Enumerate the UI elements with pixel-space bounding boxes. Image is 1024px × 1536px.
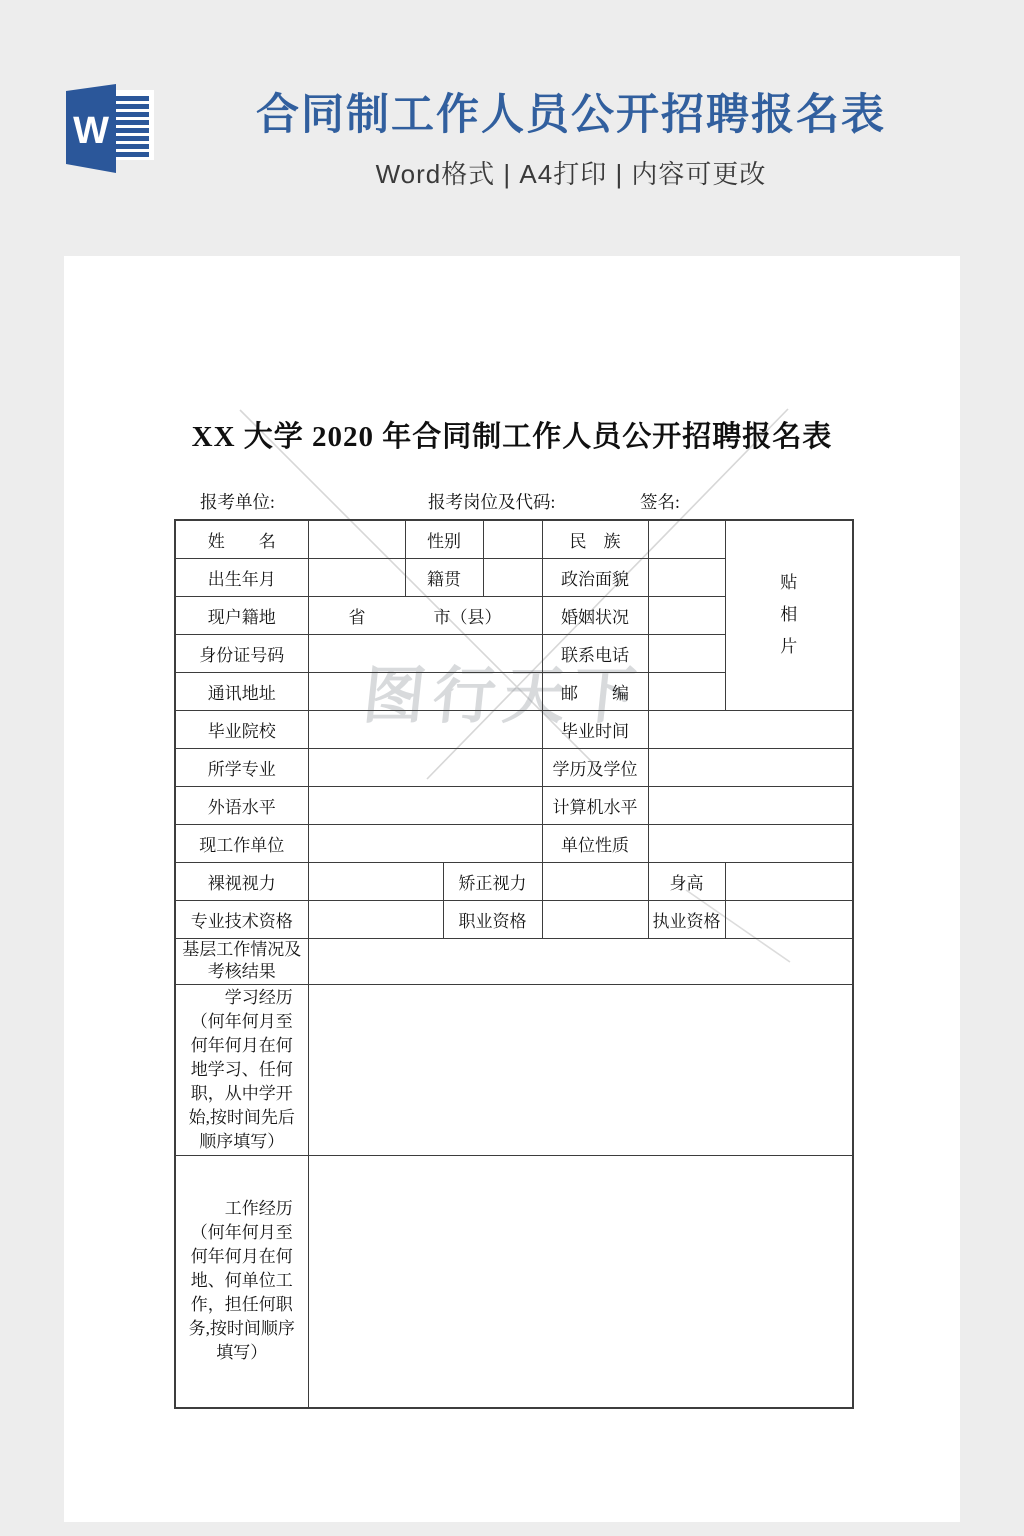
input-cell-grassroots-work[interactable] — [308, 938, 853, 984]
input-cell-postal-code[interactable] — [648, 672, 725, 710]
label-postal-code: 邮 编 — [542, 672, 648, 710]
photo-cell: 贴 相 片 — [725, 520, 853, 710]
label-native-place: 籍贯 — [405, 558, 483, 596]
label-vocational-qualification: 职业资格 — [443, 900, 542, 938]
table-row: 学习经历 （何年何月至 何年何月在何 地学习、任何 职，从中学开 始,按时间先后… — [175, 984, 853, 1155]
input-cell-professional-qualification[interactable] — [308, 900, 443, 938]
label-graduate-school: 毕业院校 — [175, 710, 308, 748]
input-cell-corrected-vision[interactable] — [542, 862, 648, 900]
label-major: 所学专业 — [175, 748, 308, 786]
page-subtitle: Word格式 | A4打印 | 内容可更改 — [118, 154, 1024, 191]
table-row: 基层工作情况及 考核结果 — [175, 938, 853, 984]
meta-row: 报考单位: 报考岗位及代码: 签名: — [64, 489, 960, 515]
input-cell-vocational-qualification[interactable] — [542, 900, 648, 938]
label-graduation-time: 毕业时间 — [542, 710, 648, 748]
label-signature: 签名: — [640, 489, 680, 514]
label-apply-position: 报考岗位及代码: — [428, 489, 555, 514]
label-employer-type: 单位性质 — [542, 824, 648, 862]
label-corrected-vision: 矫正视力 — [443, 862, 542, 900]
document-page: 图行天下 XX 大学 2020 年合同制工作人员公开招聘报名表 报考单位: 报考… — [64, 256, 960, 1522]
input-cell-major[interactable] — [308, 748, 542, 786]
input-cell-marital-status[interactable] — [648, 596, 725, 634]
label-household-location: 现户籍地 — [175, 596, 308, 634]
table-row: 专业技术资格 职业资格 执业资格 — [175, 900, 853, 938]
label-mailing-address: 通讯地址 — [175, 672, 308, 710]
input-cell-birth-date[interactable] — [308, 558, 405, 596]
input-cell-household-location[interactable]: 省 市（县） — [308, 596, 542, 634]
label-apply-unit: 报考单位: — [200, 489, 275, 514]
input-cell-mailing-address[interactable] — [308, 672, 542, 710]
label-contact-phone: 联系电话 — [542, 634, 648, 672]
header-text: 合同制工作人员公开招聘报名表 Word格式 | A4打印 | 内容可更改 — [0, 92, 1024, 191]
table-row: 工作经历 （何年何月至 何年何月在何 地、何单位工 作，担任何职 务,按时间顺序… — [175, 1155, 853, 1408]
label-political-status: 政治面貌 — [542, 558, 648, 596]
input-cell-contact-phone[interactable] — [648, 634, 725, 672]
label-practice-qualification: 执业资格 — [648, 900, 725, 938]
table-row: 所学专业 学历及学位 — [175, 748, 853, 786]
input-cell-name[interactable] — [308, 520, 405, 558]
input-cell-practice-qualification[interactable] — [725, 900, 853, 938]
input-cell-computer-skill[interactable] — [648, 786, 853, 824]
table-row: 外语水平 计算机水平 — [175, 786, 853, 824]
input-cell-education-history[interactable] — [308, 984, 853, 1155]
label-work-history: 工作经历 （何年何月至 何年何月在何 地、何单位工 作，担任何职 务,按时间顺序… — [175, 1155, 308, 1408]
label-name: 姓 名 — [175, 520, 308, 558]
label-grassroots-work: 基层工作情况及 考核结果 — [175, 938, 308, 984]
input-cell-foreign-language[interactable] — [308, 786, 542, 824]
label-professional-qualification: 专业技术资格 — [175, 900, 308, 938]
site-header: W 合同制工作人员公开招聘报名表 Word格式 | A4打印 | 内容可更改 — [0, 0, 1024, 256]
label-computer-skill: 计算机水平 — [542, 786, 648, 824]
table-row: 裸视视力 矫正视力 身高 — [175, 862, 853, 900]
input-cell-ethnicity[interactable] — [648, 520, 725, 558]
input-cell-employer-type[interactable] — [648, 824, 853, 862]
input-cell-gender[interactable] — [483, 520, 542, 558]
input-cell-id-number[interactable] — [308, 634, 542, 672]
input-cell-work-history[interactable] — [308, 1155, 853, 1408]
label-marital-status: 婚姻状况 — [542, 596, 648, 634]
input-cell-uncorrected-vision[interactable] — [308, 862, 443, 900]
input-cell-native-place[interactable] — [483, 558, 542, 596]
label-id-number: 身份证号码 — [175, 634, 308, 672]
input-cell-current-employer[interactable] — [308, 824, 542, 862]
document-title: XX 大学 2020 年合同制工作人员公开招聘报名表 — [64, 414, 960, 455]
label-foreign-language: 外语水平 — [175, 786, 308, 824]
input-cell-graduation-time[interactable] — [648, 710, 853, 748]
table-row: 现工作单位 单位性质 — [175, 824, 853, 862]
application-form-table: 姓 名 性别 民 族 贴 相 片 出生年月 籍贯 政治面貌 — [174, 519, 854, 1409]
input-cell-degree[interactable] — [648, 748, 853, 786]
page-title: 合同制工作人员公开招聘报名表 — [118, 92, 1024, 139]
input-cell-height[interactable] — [725, 862, 853, 900]
table-row: 毕业院校 毕业时间 — [175, 710, 853, 748]
label-height: 身高 — [648, 862, 725, 900]
label-current-employer: 现工作单位 — [175, 824, 308, 862]
label-degree: 学历及学位 — [542, 748, 648, 786]
input-cell-graduate-school[interactable] — [308, 710, 542, 748]
label-gender: 性别 — [405, 520, 483, 558]
label-education-history: 学习经历 （何年何月至 何年何月在何 地学习、任何 职，从中学开 始,按时间先后… — [175, 984, 308, 1155]
page-background: W 合同制工作人员公开招聘报名表 Word格式 | A4打印 | 内容可更改 图… — [0, 0, 1024, 1536]
label-ethnicity: 民 族 — [542, 520, 648, 558]
input-cell-political-status[interactable] — [648, 558, 725, 596]
table-row: 姓 名 性别 民 族 贴 相 片 — [175, 520, 853, 558]
label-birth-date: 出生年月 — [175, 558, 308, 596]
label-uncorrected-vision: 裸视视力 — [175, 862, 308, 900]
